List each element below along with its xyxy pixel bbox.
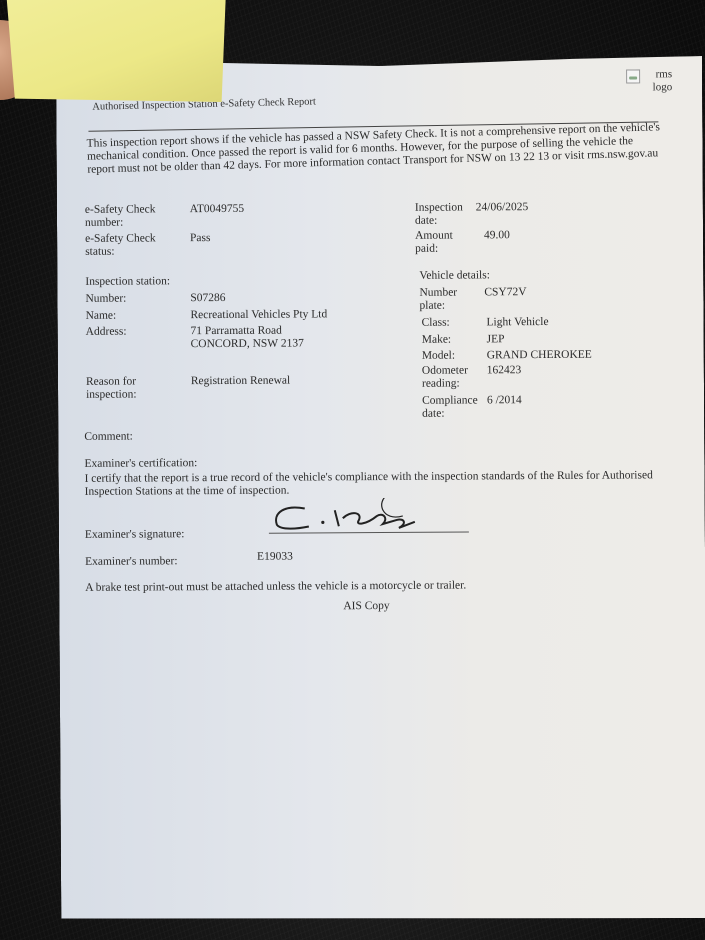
- amount-paid-value: 49.00: [476, 229, 510, 242]
- class-label: Class:: [422, 316, 484, 329]
- station-heading: Inspection station:: [85, 275, 170, 289]
- examiner-number-label: Examiner's number:: [85, 555, 178, 569]
- reason-value: Registration Renewal: [191, 375, 290, 389]
- inspection-date-label: Inspection date:: [415, 201, 473, 227]
- broken-image-icon: [626, 69, 640, 83]
- inspection-date-value: 24/06/2025: [476, 201, 528, 214]
- sticky-note: [6, 0, 226, 102]
- plate-label: Number plate:: [419, 286, 481, 312]
- station-name-value: Recreational Vehicles Pty Ltd: [190, 308, 327, 322]
- compliance-value: 6 /2014: [487, 394, 522, 407]
- class-row: Class: Light Vehicle: [422, 316, 549, 330]
- model-label: Model:: [422, 349, 484, 362]
- vehicle-heading: Vehicle details:: [419, 269, 490, 282]
- model-row: Model: GRAND CHEROKEE: [422, 349, 592, 363]
- compliance-row: Compliance date: 6 /2014: [422, 394, 522, 421]
- check-status-label: e-Safety Check status:: [85, 232, 187, 259]
- station-address-label: Address:: [86, 325, 188, 339]
- brake-note: A brake test print-out must be attached …: [85, 580, 466, 595]
- compliance-label: Compliance date:: [422, 394, 484, 420]
- check-status-row: e-Safety Check status: Pass: [85, 232, 210, 259]
- inspection-date-row: Inspection date: 24/06/2025: [415, 201, 528, 228]
- inspection-report-paper: rms logo Authorised Inspection Station e…: [56, 56, 705, 922]
- make-value: JEP: [487, 333, 505, 346]
- station-number-row: Number: S07286: [85, 292, 225, 306]
- plate-row: Number plate: CSY72V: [419, 286, 526, 313]
- class-value: Light Vehicle: [486, 316, 548, 329]
- examiner-signature: [265, 497, 475, 534]
- check-number-row: e-Safety Check number: AT0049755: [85, 203, 244, 230]
- station-name-row: Name: Recreational Vehicles Pty Ltd: [86, 308, 328, 322]
- address-line-1: 71 Parramatta Road: [190, 325, 281, 338]
- reason-row: Reason for inspection: Registration Rene…: [86, 375, 290, 402]
- station-number-label: Number:: [85, 292, 187, 306]
- station-name-label: Name:: [86, 309, 188, 323]
- certification-label: Examiner's certification:: [84, 457, 197, 471]
- make-row: Make: JEP: [422, 333, 505, 347]
- station-number-value: S07286: [190, 292, 225, 305]
- certification-text: I certify that the report is a true reco…: [85, 469, 655, 498]
- odometer-label: Odometer reading:: [422, 364, 484, 390]
- make-label: Make:: [422, 333, 484, 346]
- check-number-value: AT0049755: [190, 203, 244, 216]
- check-status-value: Pass: [190, 232, 211, 245]
- address-line-2: CONCORD, NSW 2137: [191, 337, 304, 350]
- examiner-number-value: E19033: [257, 551, 293, 564]
- model-value: GRAND CHEROKEE: [487, 349, 592, 363]
- plate-value: CSY72V: [484, 286, 526, 299]
- amount-paid-row: Amount paid: 49.00: [415, 229, 510, 256]
- odometer-row: Odometer reading: 162423: [422, 364, 522, 391]
- copy-label: AIS Copy: [343, 600, 389, 613]
- rms-logo-alt-text: rms logo: [644, 68, 672, 94]
- amount-paid-label: Amount paid:: [415, 229, 473, 255]
- check-number-label: e-Safety Check number:: [85, 203, 187, 230]
- reason-label: Reason for inspection:: [86, 375, 188, 402]
- station-address-row: Address: 71 Parramatta Road CONCORD, NSW…: [86, 324, 304, 351]
- odometer-value: 162423: [487, 364, 522, 377]
- station-address-value: 71 Parramatta Road CONCORD, NSW 2137: [190, 324, 303, 351]
- comment-label: Comment:: [84, 431, 133, 444]
- rms-logo: rms logo: [626, 68, 672, 94]
- signature-label: Examiner's signature:: [85, 528, 185, 542]
